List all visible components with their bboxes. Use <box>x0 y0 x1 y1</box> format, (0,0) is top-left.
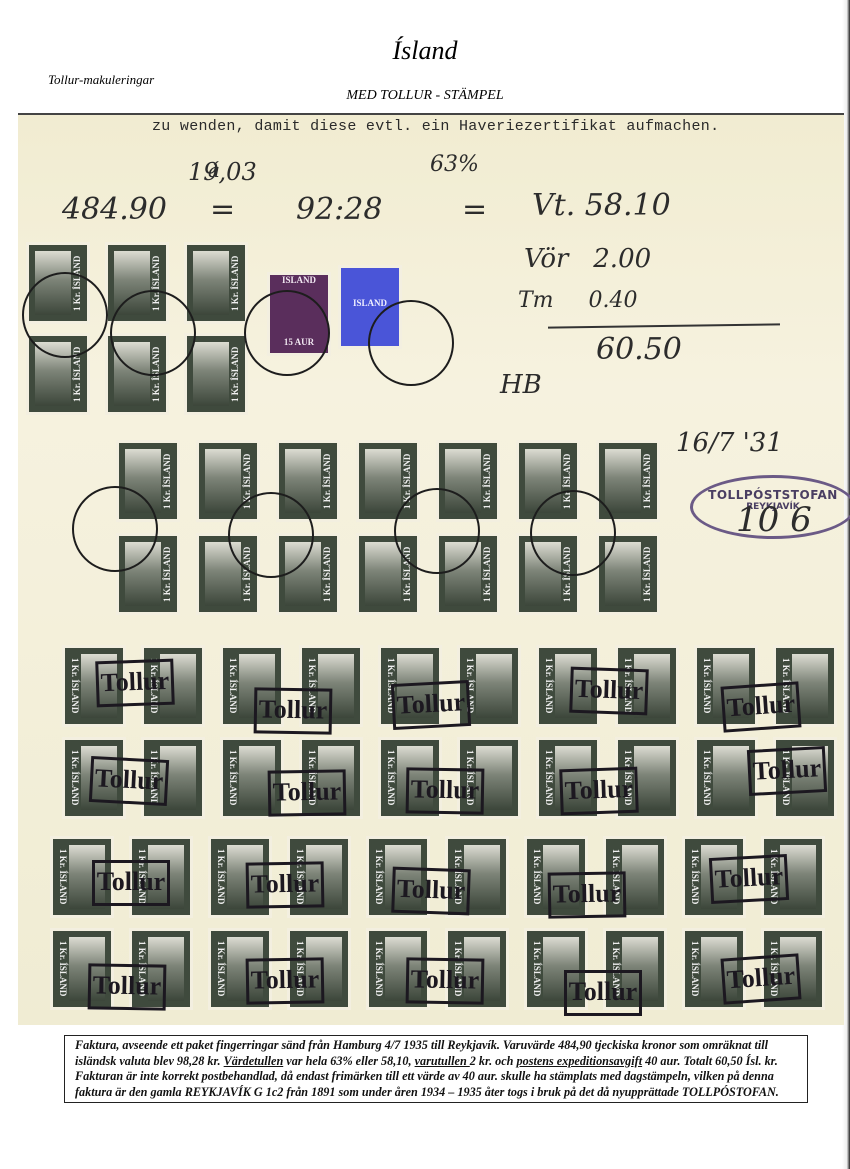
description-box: Faktura, avseende ett paket fingerringar… <box>64 1035 808 1103</box>
reykjavik-postmark <box>244 290 330 376</box>
caption-underline: postens expeditionsavgift <box>517 1054 643 1068</box>
page-subtitle: MED TOLLUR - STÄMPEL <box>0 88 850 104</box>
tollur-cancel: Tollur <box>709 854 789 904</box>
tollur-cancel: Tollur <box>246 957 325 1004</box>
handwritten-date: 16/7 '31 <box>676 428 783 458</box>
caption-text: var hela 63% eller 58,10, <box>283 1054 414 1068</box>
typed-line: zu wenden, damit diese evtl. ein Haverie… <box>152 118 719 135</box>
tollur-cancel: Tollur <box>569 667 649 716</box>
handwritten-vt-line: Vt. 58.10 <box>532 188 671 223</box>
handwritten-rate: 19,03 <box>188 158 257 186</box>
reykjavik-postmark <box>228 492 314 578</box>
tollur-cancel: Tollur <box>559 767 639 816</box>
handwritten-total: 60.50 <box>596 332 682 367</box>
handwritten-tm-line: Tm 0.40 <box>518 288 638 313</box>
tollur-cancel: Tollur <box>720 953 801 1004</box>
reykjavik-postmark <box>72 486 158 572</box>
section-label: Tollur-makuleringar <box>48 72 154 88</box>
caption-underline: Värdetullen <box>224 1054 284 1068</box>
tollur-cancel: Tollur <box>720 681 801 732</box>
reykjavik-postmark <box>22 272 108 358</box>
tollur-cancel: Tollur <box>95 659 175 708</box>
tollur-cancel: Tollur <box>246 861 325 908</box>
tollur-cancel: Tollur <box>406 957 485 1004</box>
tollur-cancel: Tollur <box>268 769 347 816</box>
handwritten-percent: 63% <box>430 152 479 177</box>
handwritten-equals: = <box>210 192 235 227</box>
tollur-cancel: Tollur <box>564 970 642 1016</box>
handwritten-converted: 92:28 <box>296 192 382 227</box>
tollur-cancel: Tollur <box>747 746 827 796</box>
handwritten-equals: = <box>462 192 487 227</box>
reykjavik-postmark <box>530 490 616 576</box>
reykjavik-postmark <box>368 300 454 386</box>
caption-underline: varutullen <box>415 1054 470 1068</box>
hekla-stamp: 1 Kr. ÍSLAND <box>184 242 248 324</box>
tollur-cancel: Tollur <box>254 687 333 734</box>
purple-stamp-label: ISLAND <box>270 275 328 285</box>
tollur-cancel: Tollur <box>92 860 170 906</box>
tollur-cancel: Tollur <box>406 767 485 814</box>
handwritten-number: 10 6 <box>736 500 812 540</box>
handwritten-amount: 484.90 <box>62 192 167 227</box>
tollur-cancel: Tollur <box>548 871 627 918</box>
page-title: Ísland <box>0 36 850 66</box>
handwritten-vor-line: Vör 2.00 <box>524 244 651 274</box>
handwritten-initials: HB <box>500 370 542 400</box>
tollur-cancel: Tollur <box>391 680 471 730</box>
tollur-cancel: Tollur <box>89 756 169 806</box>
tollur-cancel: Tollur <box>391 867 471 916</box>
reykjavik-postmark <box>394 488 480 574</box>
caption-text: 2 kr. och <box>470 1054 517 1068</box>
reykjavik-postmark <box>110 290 196 376</box>
tollur-cancel: Tollur <box>88 963 167 1010</box>
